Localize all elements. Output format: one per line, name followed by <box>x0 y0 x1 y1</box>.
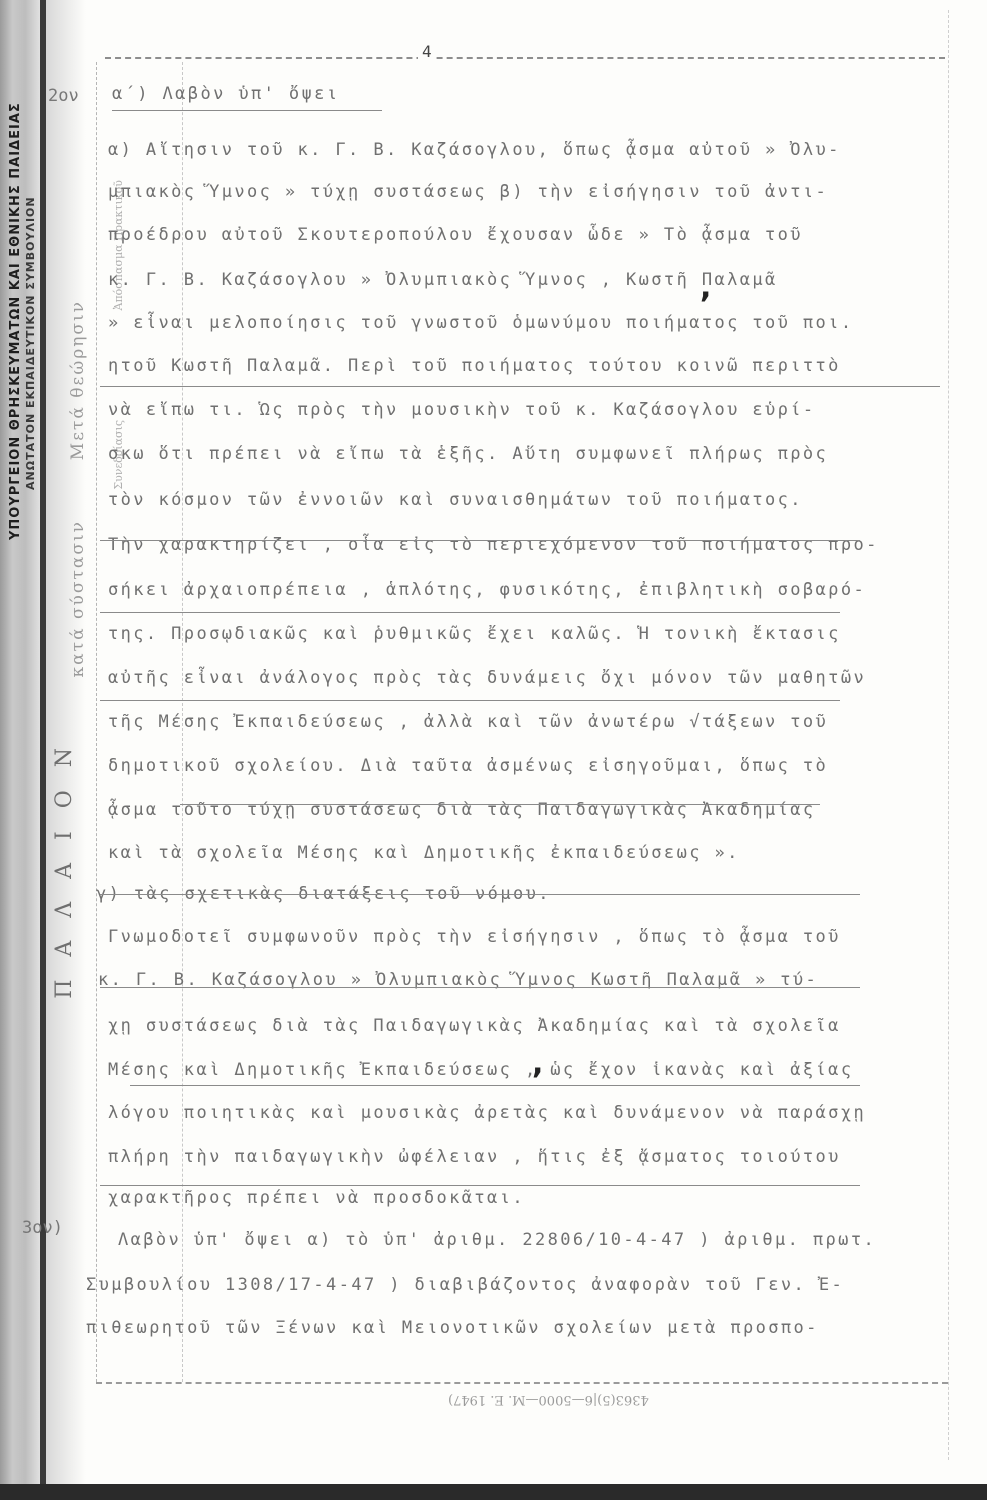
text-line: χῃ συστάσεως διὰ τὰς Παιδαγωγικὰς Ἀκαδημ… <box>108 1016 841 1036</box>
text-line: αὐτῆς εἶναι ἀνάλογος πρὸς τὰς δυνάμεις ὄ… <box>108 668 866 688</box>
text-line: μπιακὸς Ὕμνος » τύχῃ συστάσεως β) τὴν εἰ… <box>108 182 828 202</box>
underline-rule-2 <box>100 540 860 541</box>
text-line: α) Αἴτησιν τοῦ κ. Γ. Β. Καζάσογλου, ὅπως… <box>108 140 841 160</box>
text-line: καὶ τὰ σχολεῖα Μέσης καὶ Δημοτικῆς ἐκπαι… <box>108 843 740 863</box>
margin-label-item2: 2ον <box>48 86 79 106</box>
stamp-vertical-1: Μετά θεώρησιν <box>68 300 88 460</box>
handwritten-comma-mark-2: , <box>532 1046 543 1081</box>
text-line: σκω ὅτι πρέπει νὰ εἴπω τὰ ἑξῆς. Αὕτη συμ… <box>108 444 828 464</box>
frame-left-rule <box>96 62 97 1382</box>
underline-heading <box>112 110 382 111</box>
text-line: Λαβὸν ὑπ' ὄψει α) τὸ ὑπ' ἀριθμ. 22806/10… <box>118 1230 876 1250</box>
underline-rule-4 <box>100 700 840 701</box>
text-line: πιθεωρητοῦ τῶν Ξένων καὶ Μειονοτικῶν σχο… <box>86 1318 819 1338</box>
text-line: » εἶναι μελοποίησις τοῦ γνωστοῦ ὁμωνύμου… <box>108 313 853 333</box>
text-line: πλήρη τὴν παιδαγωγικὴν ὠφέλειαν , ἥτις ἐ… <box>108 1147 841 1167</box>
text-line: της. Προσῳδιακῶς καὶ ῥυθμικῶς ἔχει καλῶς… <box>108 624 841 644</box>
stamp-vertical-2: κατά σύστασιν <box>68 520 88 677</box>
underline-rule-8 <box>100 1185 860 1186</box>
text-line: νὰ εἴπω τι. Ὡς πρὸς τὴν μουσικὴν τοῦ κ. … <box>108 400 816 420</box>
text-line: τῆς Μέσης Ἐκπαιδεύσεως , ἀλλὰ καὶ τῶν ἀν… <box>108 712 828 732</box>
frame-top-rule <box>105 57 945 59</box>
scan-bottom-edge <box>0 1484 987 1500</box>
margin-label-item3: 3ον) <box>22 1218 63 1238</box>
underline-rule-3 <box>100 612 840 613</box>
strike-line <box>180 804 820 805</box>
underline-rule-1 <box>100 386 940 387</box>
page-number: 4 <box>418 42 436 61</box>
text-line: Γνωμοδοτεῖ συμφωνοῦν πρὸς τὴν εἰσήγησιν … <box>108 927 841 947</box>
text-line: λόγου ποιητικὰς καὶ μουσικὰς ἀρετὰς καὶ … <box>108 1103 866 1123</box>
underline-rule-5 <box>100 894 860 895</box>
text-line: τὸν κόσμον τῶν ἐννοιῶν καὶ συναισθημάτων… <box>108 490 803 510</box>
text-line: ᾆσμα τοῦτο τύχῃ συστάσεως διὰ τὰς Παιδαγ… <box>108 800 816 820</box>
text-line: κ. Γ. Β. Καζάσογλου » Ὀλυμπιακὸς Ὕμνος ,… <box>108 270 778 290</box>
frame-right-rule <box>948 10 949 1460</box>
text-line: χαρακτῆρος πρέπει νὰ προσδοκᾶται. <box>108 1188 525 1208</box>
text-line: α΄) Λαβὸν ὑπ' ὄψει <box>112 84 339 104</box>
text-line: Τὴν χαρακτηρίζει , οἷα εἰς τὸ περιεχόμεν… <box>108 535 879 555</box>
stamp-vertical-3: Π Α Λ Α Ι Ο Ν <box>52 740 77 999</box>
text-line: ητοῦ Κωστῆ Παλαμᾶ. Περὶ τοῦ ποιήματος το… <box>108 356 841 376</box>
text-line: Συμβουλίου 1308/17-4-47 ) διαβιβάζοντος … <box>86 1275 844 1295</box>
text-line: δημοτικοῦ σχολείου. Διὰ ταῦτα ἀσμένως εἰ… <box>108 756 828 776</box>
frame-bottom-rule <box>96 1382 948 1384</box>
handwritten-comma-mark: , <box>700 270 711 305</box>
text-line: σήκει ἀρχαιοπρέπεια , ἁπλότης, φυσικότης… <box>108 580 866 600</box>
text-line: προέδρου αὐτοῦ Σκουτεροπούλου ἔχουσαν ὧδ… <box>108 225 803 245</box>
printer-footer: 4363(5)|6—5000—Μ. Ε. 1947) <box>448 1392 649 1407</box>
underline-rule-6 <box>100 987 860 988</box>
underline-rule-7 <box>130 1085 860 1086</box>
text-line: Μέσης καὶ Δημοτικῆς Ἐκπαιδεύσεως , ὡς ἔχ… <box>108 1060 853 1080</box>
